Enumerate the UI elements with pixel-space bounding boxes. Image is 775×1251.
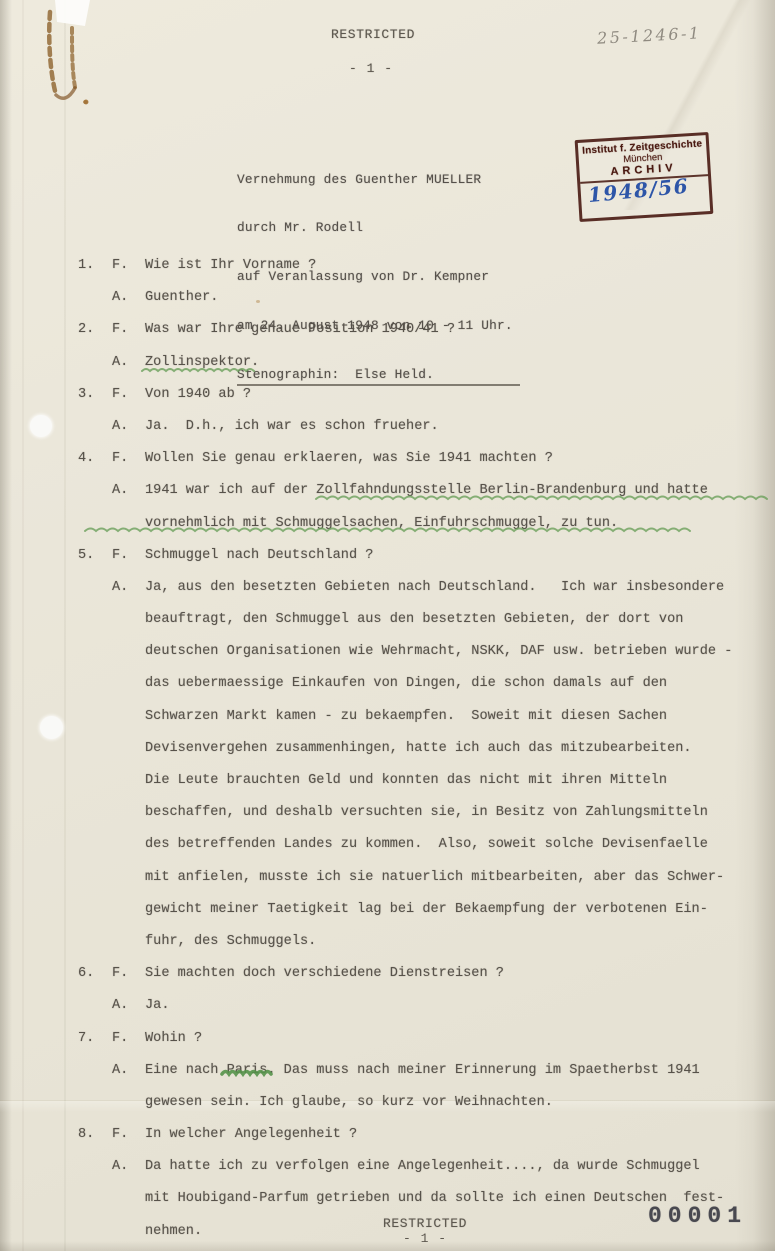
qa-row: gewicht meiner Taetigkeit lag bei der Be… — [78, 894, 758, 926]
paper-fold-line — [22, 0, 24, 1251]
qa-item-number — [78, 604, 112, 636]
qa-speaker-label — [112, 926, 145, 958]
qa-speaker-label — [112, 701, 145, 733]
paperclip-rust-stain — [30, 0, 110, 120]
page-number-bottom: - 1 - — [403, 1231, 447, 1246]
serial-number-stamp: 00001 — [648, 1203, 747, 1229]
qa-item-number: 6. — [78, 958, 112, 990]
qa-speaker-label: F. — [112, 314, 145, 346]
qa-item-number: 4. — [78, 443, 112, 475]
qa-item-number — [78, 701, 112, 733]
qa-text-line: des betreffenden Landes zu kommen. Also,… — [145, 829, 758, 861]
qa-row: 4.F.Wollen Sie genau erklaeren, was Sie … — [78, 443, 758, 475]
qa-row: A.Ja. — [78, 990, 758, 1022]
qa-text-line: Wohin ? — [145, 1023, 758, 1055]
qa-item-number — [78, 733, 112, 765]
qa-speaker-label: A. — [112, 411, 145, 443]
qa-speaker-label: A. — [112, 1151, 145, 1183]
qa-row: Schwarzen Markt kamen - zu bekaempfen. S… — [78, 701, 758, 733]
qa-item-number — [78, 862, 112, 894]
qa-speaker-label — [112, 1183, 145, 1215]
qa-row: A.Ja, aus den besetzten Gebieten nach De… — [78, 572, 758, 604]
qa-text-line: beauftragt, den Schmuggel aus den besetz… — [145, 604, 758, 636]
punch-hole — [40, 716, 63, 739]
qa-row: 1.F.Wie ist Ihr Vorname ? — [78, 250, 758, 282]
qa-row: des betreffenden Landes zu kommen. Also,… — [78, 829, 758, 861]
green-underline-answer4-line1 — [315, 491, 771, 503]
qa-speaker-label: A. — [112, 990, 145, 1022]
qa-item-number — [78, 829, 112, 861]
qa-speaker-label: A. — [112, 282, 145, 314]
qa-item-number — [78, 797, 112, 829]
qa-item-number — [78, 572, 112, 604]
qa-speaker-label — [112, 894, 145, 926]
qa-item-number — [78, 926, 112, 958]
qa-speaker-label — [112, 604, 145, 636]
qa-row: 7.F.Wohin ? — [78, 1023, 758, 1055]
qa-text-line: das uebermaessige Einkaufen von Dingen, … — [145, 668, 758, 700]
qa-row: A.Ja. D.h., ich war es schon frueher. — [78, 411, 758, 443]
qa-text-line: mit anfielen, musste ich sie natuerlich … — [145, 862, 758, 894]
qa-speaker-label: F. — [112, 379, 145, 411]
green-underline-paris — [221, 1066, 271, 1078]
qa-speaker-label — [112, 829, 145, 861]
qa-row: A.Eine nach Paris. Das muss nach meiner … — [78, 1055, 758, 1087]
qa-item-number — [78, 282, 112, 314]
qa-row: Devisenvergehen zusammenhingen, hatte ic… — [78, 733, 758, 765]
qa-text-line: Da hatte ich zu verfolgen eine Angelegen… — [145, 1151, 758, 1183]
qa-text-line: Wollen Sie genau erklaeren, was Sie 1941… — [145, 443, 758, 475]
qa-speaker-label: F. — [112, 1023, 145, 1055]
qa-item-number — [78, 765, 112, 797]
qa-row: mit anfielen, musste ich sie natuerlich … — [78, 862, 758, 894]
qa-text-line: Ja. — [145, 990, 758, 1022]
qa-speaker-label: A. — [112, 1055, 145, 1087]
qa-row: 5.F.Schmuggel nach Deutschland ? — [78, 540, 758, 572]
qa-text-line: Was war Ihre genaue Position 1940/41 ? — [145, 314, 758, 346]
qa-item-number — [78, 894, 112, 926]
qa-row: das uebermaessige Einkaufen von Dingen, … — [78, 668, 758, 700]
qa-row: A.Guenther. — [78, 282, 758, 314]
qa-speaker-label — [112, 1216, 145, 1248]
qa-row: gewesen sein. Ich glaube, so kurz vor We… — [78, 1087, 758, 1119]
qa-text-line: Von 1940 ab ? — [145, 379, 758, 411]
qa-text-line: Schwarzen Markt kamen - zu bekaempfen. S… — [145, 701, 758, 733]
page-number-top: - 1 - — [349, 61, 393, 76]
qa-item-number — [78, 1087, 112, 1119]
scanned-document-page: RESTRICTED - 1 - 25-1246-1 Vernehmung de… — [0, 0, 775, 1251]
qa-item-number — [78, 1216, 112, 1248]
stamp-handwritten-number: 1948/56 — [587, 174, 690, 208]
qa-text-line: Wie ist Ihr Vorname ? — [145, 250, 758, 282]
qa-row: 3.F.Von 1940 ab ? — [78, 379, 758, 411]
title-line: Vernehmung des Guenther MUELLER — [237, 172, 520, 188]
paper-fold-line — [64, 0, 66, 1251]
qa-row: beauftragt, den Schmuggel aus den besetz… — [78, 604, 758, 636]
qa-item-number — [78, 1055, 112, 1087]
qa-item-number — [78, 1183, 112, 1215]
qa-speaker-label: F. — [112, 540, 145, 572]
qa-speaker-label: F. — [112, 443, 145, 475]
qa-speaker-label: F. — [112, 958, 145, 990]
qa-speaker-label: F. — [112, 1119, 145, 1151]
qa-speaker-label — [112, 797, 145, 829]
qa-text-line: Ja, aus den besetzten Gebieten nach Deut… — [145, 572, 758, 604]
qa-row: A.Da hatte ich zu verfolgen eine Angeleg… — [78, 1151, 758, 1183]
stamp-number-area: 1948/56 — [580, 174, 709, 210]
qa-item-number: 8. — [78, 1119, 112, 1151]
qa-speaker-label — [112, 862, 145, 894]
archive-stamp: Institut f. Zeitgeschichte München ARCHI… — [575, 132, 714, 222]
qa-speaker-label — [112, 668, 145, 700]
qa-text-line: gewesen sein. Ich glaube, so kurz vor We… — [145, 1087, 758, 1119]
qa-text-line: Ja. D.h., ich war es schon frueher. — [145, 411, 758, 443]
qa-item-number: 2. — [78, 314, 112, 346]
rust-spot — [83, 100, 88, 104]
classification-marking-top: RESTRICTED — [331, 27, 415, 42]
qa-item-number — [78, 347, 112, 379]
qa-row: deutschen Organisationen wie Wehrmacht, … — [78, 636, 758, 668]
qa-item-number — [78, 475, 112, 507]
qa-item-number: 3. — [78, 379, 112, 411]
qa-text-line: beschaffen, und deshalb versuchten sie, … — [145, 797, 758, 829]
qa-text-line: gewicht meiner Taetigkeit lag bei der Be… — [145, 894, 758, 926]
qa-text-line: Devisenvergehen zusammenhingen, hatte ic… — [145, 733, 758, 765]
green-underline-zollinspektor — [141, 363, 255, 375]
qa-speaker-label: F. — [112, 250, 145, 282]
qa-speaker-label: A. — [112, 475, 145, 507]
qa-item-number — [78, 636, 112, 668]
qa-text-line: Sie machten doch verschiedene Dienstreis… — [145, 958, 758, 990]
qa-row: 2.F.Was war Ihre genaue Position 1940/41… — [78, 314, 758, 346]
qa-speaker-label — [112, 1087, 145, 1119]
qa-row: Die Leute brauchten Geld und konnten das… — [78, 765, 758, 797]
qa-text-line: Die Leute brauchten Geld und konnten das… — [145, 765, 758, 797]
qa-text-line: fuhr, des Schmuggels. — [145, 926, 758, 958]
qa-speaker-label — [112, 636, 145, 668]
qa-item-number: 1. — [78, 250, 112, 282]
page-edge-shadow-left — [0, 0, 12, 1251]
qa-speaker-label — [112, 765, 145, 797]
qa-item-number — [78, 990, 112, 1022]
qa-text-line: deutschen Organisationen wie Wehrmacht, … — [145, 636, 758, 668]
qa-list: 1.F.Wie ist Ihr Vorname ?A.Guenther.2.F.… — [78, 250, 758, 1248]
qa-text-line: In welcher Angelegenheit ? — [145, 1119, 758, 1151]
qa-speaker-label — [112, 733, 145, 765]
qa-row: 8.F.In welcher Angelegenheit ? — [78, 1119, 758, 1151]
qa-item-number — [78, 1151, 112, 1183]
title-line: durch Mr. Rodell — [237, 220, 520, 236]
qa-text-line: Schmuggel nach Deutschland ? — [145, 540, 758, 572]
green-underline-answer4-line2 — [84, 523, 698, 535]
punch-hole — [30, 415, 52, 437]
qa-item-number: 7. — [78, 1023, 112, 1055]
qa-row: beschaffen, und deshalb versuchten sie, … — [78, 797, 758, 829]
qa-speaker-label: A. — [112, 572, 145, 604]
classification-marking-bottom: RESTRICTED — [383, 1216, 467, 1231]
qa-item-number: 5. — [78, 540, 112, 572]
qa-row: 6.F.Sie machten doch verschiedene Dienst… — [78, 958, 758, 990]
qa-text-line: Guenther. — [145, 282, 758, 314]
qa-item-number — [78, 668, 112, 700]
qa-row: fuhr, des Schmuggels. — [78, 926, 758, 958]
qa-item-number — [78, 411, 112, 443]
